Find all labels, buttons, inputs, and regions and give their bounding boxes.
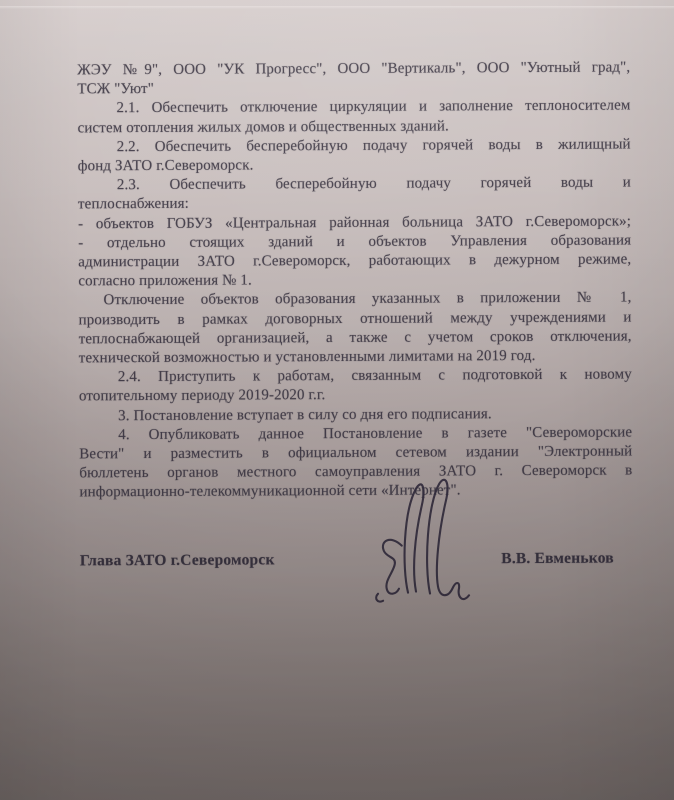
signature-block: Глава ЗАТО г.Североморск В.В. Евменьков <box>80 550 614 571</box>
text-line: администрации ЗАТО г.Североморск, работа… <box>78 250 631 272</box>
document-body: ЖЭУ №9", ООО "УК Прогресс", ООО "Вертика… <box>77 58 632 503</box>
text-line: информационно-телекоммуникационной сети … <box>79 481 632 503</box>
document-content: ЖЭУ №9", ООО "УК Прогресс", ООО "Вертика… <box>0 0 674 800</box>
signatory-name: В.В. Евменьков <box>501 550 614 569</box>
text-line: 2.1. Обеспечить отключение циркуляции и … <box>77 97 630 119</box>
text-line: теплоснабжающей организацией, а также с … <box>79 327 632 349</box>
paper-edge-highlight <box>0 6 674 9</box>
text-line: Отключение объектов образования указанны… <box>78 289 631 311</box>
text-line: 2.4. Приступить к работам, связанным с п… <box>79 366 632 388</box>
text-line: ЖЭУ №9", ООО "УК Прогресс", ООО "Вертика… <box>77 58 630 80</box>
text-line: 2.2. Обеспечить бесперебойную подачу гор… <box>78 135 631 157</box>
text-line: бюллетень органов местного самоуправлени… <box>79 462 632 484</box>
text-line: - объектов ГОБУЗ «Центральная районная б… <box>78 212 631 234</box>
photo-scene: ЖЭУ №9", ООО "УК Прогресс", ООО "Вертика… <box>0 0 674 800</box>
text-line: 2.3. Обеспечить бесперебойную подачу гор… <box>78 174 631 196</box>
signatory-title: Глава ЗАТО г.Североморск <box>80 551 275 570</box>
signature-autograph <box>370 476 471 612</box>
